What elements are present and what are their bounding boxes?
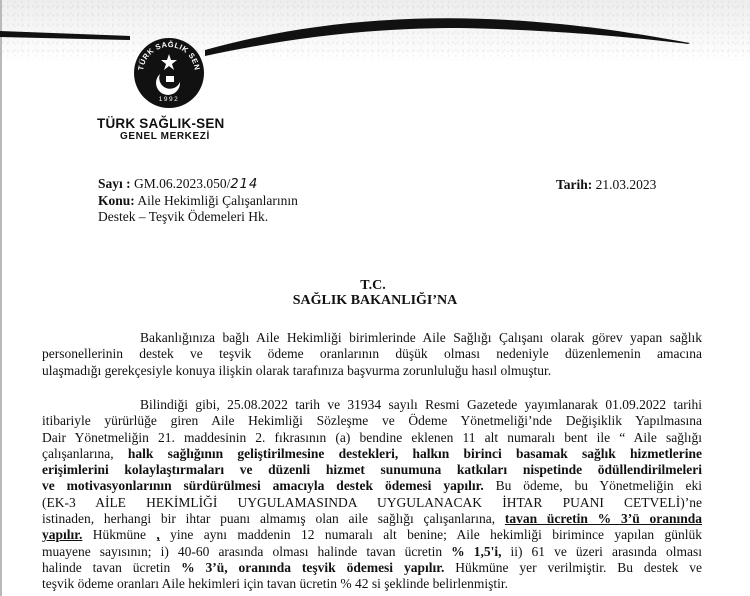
underlined-bold-run: yapılır. [42,527,82,542]
text-run: ii) 61 ve üzeri arasında olması [501,544,702,559]
text-line: muayene sayısının; i) 40-60 arasında olm… [42,544,702,560]
paragraph-2: Bilindiği gibi, 25.08.2022 tarih ve 3193… [42,397,702,593]
bold-run: ve motivasyonlarının sürdürülmesi amacıy… [42,478,484,493]
letterhead-swoosh [0,0,750,80]
subject-line: Konu: Aile Hekimliği Çalışanlarının [98,193,298,209]
text-line: erişimlerini kolaylaştırmaları ve düzenl… [42,462,702,478]
tarih-value: 21.03.2023 [596,177,657,192]
underlined-bold-run: tavan ücretin % 3’ü oranında [505,511,702,526]
bold-run: halk sağlığının geliştirilmesine destekl… [128,446,702,461]
tarih-label: Tarih: [556,177,592,192]
paragraph-1: Bakanlığınıza bağlı Aile Hekimliği birim… [42,330,702,379]
text-line: ulaşmadığı gerekçesiyle konuya ilişkin o… [42,363,702,379]
recipient-line2: SAĞLIK BAKANLIĞI’NA [0,292,750,309]
text-run: istinaden, herhangi bir ihtar puanı alma… [42,511,505,526]
text-line: teşvik ödeme oranları Aile hekimleri içi… [42,576,702,592]
text-line: Bilindiği gibi, 25.08.2022 tarih ve 3193… [42,397,702,413]
sayi-label: Sayı : [98,176,131,191]
org-name: TÜRK SAĞLIK-SEN [97,116,225,131]
bold-run: % 3’ü, oranında teşvik ödemesi yapılır. [181,560,444,575]
text-run: Hükmüne [82,527,156,542]
text-line: itibariyle yürürlüğe giren Aile Hekimliğ… [42,413,702,429]
text-line: Bakanlığınıza bağlı Aile Hekimliği birim… [42,330,702,346]
text-line: halinde tavan ücretin % 3’ü, oranında te… [42,560,702,576]
text-run: Hükmüne yer verilmiştir. Bu destek ve [444,560,702,575]
konu-value: Aile Hekimliği Çalışanlarının [137,193,297,208]
subject-line-2: Destek – Teşvik Ödemeleri Hk. [98,209,268,225]
text-line: istinaden, herhangi bir ihtar puanı alma… [42,511,702,527]
handwritten-number: 214 [230,177,258,192]
sayi-value: GM.06.2023.050/ [134,176,230,191]
text-run: muayene sayısının; i) 40-60 arasında olm… [42,544,451,559]
bold-run: % 1,5'i, [451,544,501,559]
text-run: halinde tavan ücretin [42,560,181,575]
text-run: Bu ödeme, bu Yönetmeliğin eki [484,478,702,493]
text-run: yine aynı maddenin 12 numaralı alt benin… [160,527,702,542]
reference-number: Sayı : GM.06.2023.050/214 [98,176,258,193]
svg-text:1992: 1992 [159,96,179,103]
text-line: (EK-3 AİLE HEKİMLİĞİ UYGULAMASINDA UYGUL… [42,495,702,511]
text-line: ve motivasyonlarının sürdürülmesi amacıy… [42,478,702,494]
text-line: yapılır. Hükmüne , yine aynı maddenin 12… [42,527,702,543]
text-line: personellerinin destek ve teşvik ödeme o… [42,346,702,362]
org-subtitle: GENEL MERKEZİ [120,131,210,142]
text-line: çalışanlarına, halk sağlığının geliştiri… [42,446,702,462]
date-line: Tarih: 21.03.2023 [556,177,656,193]
text-line: Dair Yönetmeliğin 21. maddesinin 2. fıkr… [42,430,702,446]
konu-label: Konu: [98,193,135,208]
text-run: çalışanlarına, [42,446,128,461]
union-logo-icon: TÜRK SAĞLIK SEN 1992 [133,36,205,110]
